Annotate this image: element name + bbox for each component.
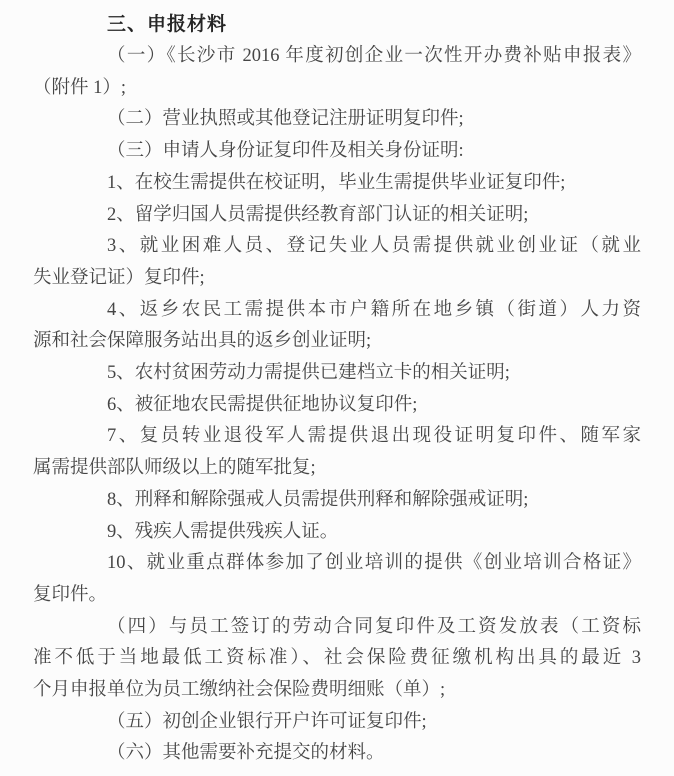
text-line: （六）其他需要补充提交的材料。 xyxy=(33,738,641,770)
paragraph: （一）《长沙市 2016 年度初创企业一次性开办费补贴申报表》（附件 1）; xyxy=(33,41,641,104)
text-line: 4、返乡农民工需提供本市户籍所在地乡镇（街道）人力资 xyxy=(33,295,641,327)
paragraph: 7、复员转业退役军人需提供退出现役证明复印件、随军家属需提供部队师级以上的随军批… xyxy=(33,421,641,484)
paragraph: 8、刑释和解除强戒人员需提供刑释和解除强戒证明; xyxy=(33,485,641,517)
text-line: 失业登记证）复印件; xyxy=(33,263,641,295)
paragraph: 1、在校生需提供在校证明，毕业生需提供毕业证复印件; xyxy=(33,168,641,200)
text-line: 9、残疾人需提供残疾人证。 xyxy=(33,517,641,549)
document-page: 三、申报材料 （一）《长沙市 2016 年度初创企业一次性开办费补贴申报表》（附… xyxy=(0,0,674,776)
text-line: 1、在校生需提供在校证明，毕业生需提供毕业证复印件; xyxy=(33,168,641,200)
paragraph: 5、农村贫困劳动力需提供已建档立卡的相关证明; xyxy=(33,358,641,390)
text-line: 7、复员转业退役军人需提供退出现役证明复印件、随军家 xyxy=(33,421,641,453)
text-line: （五）初创企业银行开户许可证复印件; xyxy=(33,707,641,739)
text-line: （附件 1）; xyxy=(33,73,641,105)
text-line: 6、被征地农民需提供征地协议复印件; xyxy=(33,390,641,422)
text-line: 3、就业困难人员、登记失业人员需提供就业创业证（就业 xyxy=(33,231,641,263)
paragraph: （三）申请人身份证复印件及相关身份证明: xyxy=(33,136,641,168)
text-line: 个月申报单位为员工缴纳社会保险费明细账（单）; xyxy=(33,675,641,707)
text-line: 2、留学归国人员需提供经教育部门认证的相关证明; xyxy=(33,200,641,232)
text-line: 源和社会保障服务站出具的返乡创业证明; xyxy=(33,326,641,358)
paragraph: 6、被征地农民需提供征地协议复印件; xyxy=(33,390,641,422)
paragraph: （四）与员工签订的劳动合同复印件及工资发放表（工资标准不低于当地最低工资标准）、… xyxy=(33,612,641,707)
paragraph: （五）初创企业银行开户许可证复印件; xyxy=(33,707,641,739)
section-heading: 三、申报材料 xyxy=(33,8,641,41)
document-body: （一）《长沙市 2016 年度初创企业一次性开办费补贴申报表》（附件 1）;（二… xyxy=(33,41,641,770)
paragraph: （二）营业执照或其他登记注册证明复印件; xyxy=(33,104,641,136)
text-line: 8、刑释和解除强戒人员需提供刑释和解除强戒证明; xyxy=(33,485,641,517)
paragraph: 2、留学归国人员需提供经教育部门认证的相关证明; xyxy=(33,200,641,232)
text-line: 10、就业重点群体参加了创业培训的提供《创业培训合格证》 xyxy=(33,548,641,580)
text-line: （三）申请人身份证复印件及相关身份证明: xyxy=(33,136,641,168)
paragraph: 4、返乡农民工需提供本市户籍所在地乡镇（街道）人力资源和社会保障服务站出具的返乡… xyxy=(33,295,641,358)
paragraph: （六）其他需要补充提交的材料。 xyxy=(33,738,641,770)
paragraph: 9、残疾人需提供残疾人证。 xyxy=(33,517,641,549)
text-line: 复印件。 xyxy=(33,580,641,612)
paragraph: 3、就业困难人员、登记失业人员需提供就业创业证（就业失业登记证）复印件; xyxy=(33,231,641,294)
text-line: （二）营业执照或其他登记注册证明复印件; xyxy=(33,104,641,136)
text-line: 准不低于当地最低工资标准）、社会保险费征缴机构出具的最近 3 xyxy=(33,643,641,675)
text-line: （一）《长沙市 2016 年度初创企业一次性开办费补贴申报表》 xyxy=(33,41,641,73)
text-line: （四）与员工签订的劳动合同复印件及工资发放表（工资标 xyxy=(33,612,641,644)
text-line: 5、农村贫困劳动力需提供已建档立卡的相关证明; xyxy=(33,358,641,390)
text-line: 属需提供部队师级以上的随军批复; xyxy=(33,453,641,485)
paragraph: 10、就业重点群体参加了创业培训的提供《创业培训合格证》复印件。 xyxy=(33,548,641,611)
